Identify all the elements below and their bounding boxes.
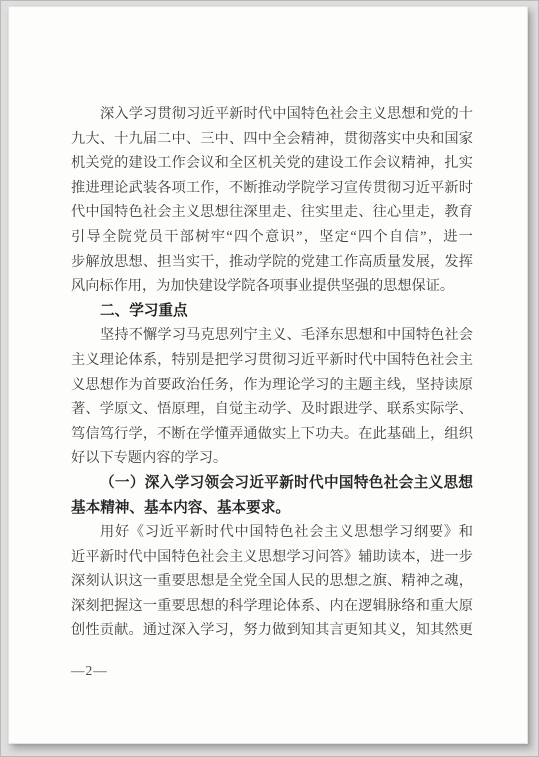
text-line: 义思想作为首要政治任务，作为理论学习的主题主线，坚持读原 [71, 373, 473, 398]
text-line: 近平新时代中国特色社会主义思想学习问答》辅助读本，进一步 [71, 545, 473, 570]
text-line: 笃信笃行学，不断在学懂弄通做实上下功夫。在此基础上，组织 [71, 422, 473, 447]
text-line: 引导全院党员干部树牢“四个意识”，坚定“四个自信”，进一 [71, 225, 473, 250]
text-line: 风向标作用，为加快建设学院各项事业提供坚强的思想保证。 [71, 274, 473, 299]
text-line: 深入学习贯彻习近平新时代中国特色社会主义思想和党的十 [71, 102, 473, 127]
text-line: 主义理论体系，特别是把学习贯彻习近平新时代中国特色社会主 [71, 348, 473, 373]
section-heading: 二、学习重点 [71, 299, 473, 324]
text-line: 推进理论武装各项工作，不断推动学院学习宣传贯彻习近平新时 [71, 176, 473, 201]
text-line: 深刻把握这一重要思想的科学理论体系、内在逻辑脉络和重大原 [71, 594, 473, 619]
page-number: —2— [71, 659, 108, 683]
text-line: 用好《习近平新时代中国特色社会主义思想学习纲要》和《习 [71, 520, 473, 545]
text-line: 步解放思想、担当实干，推动学院的党建工作高质量发展，发挥 [71, 250, 473, 275]
document-body: 深入学习贯彻习近平新时代中国特色社会主义思想和党的十 九大、十九届二中、三中、四… [71, 102, 473, 643]
subsection-heading: （一）深入学习领会习近平新时代中国特色社会主义思想的 [71, 471, 473, 496]
document-page: 深入学习贯彻习近平新时代中国特色社会主义思想和党的十 九大、十九届二中、三中、四… [8, 6, 528, 744]
text-line: 创性贡献。通过深入学习，努力做到知其言更知其义，知其然更 [71, 618, 473, 643]
text-line: 著、学原文、悟原理，自觉主动学、及时跟进学、联系实际学、 [71, 397, 473, 422]
subsection-heading: 基本精神、基本内容、基本要求。 [71, 496, 473, 521]
text-line: 代中国特色社会主义思想往深里走、往实里走、往心里走，教育 [71, 200, 473, 225]
text-line: 好以下专题内容的学习。 [71, 446, 473, 471]
text-line: 坚持不懈学习马克思列宁主义、毛泽东思想和中国特色社会 [71, 323, 473, 348]
scanned-document-view: 深入学习贯彻习近平新时代中国特色社会主义思想和党的十 九大、十九届二中、三中、四… [0, 0, 539, 757]
text-line: 深刻认识这一重要思想是全党全国人民的思想之旗、精神之魂， [71, 569, 473, 594]
text-line: 九大、十九届二中、三中、四中全会精神，贯彻落实中央和国家 [71, 127, 473, 152]
text-line: 机关党的建设工作会议和全区机关党的建设工作会议精神，扎实 [71, 151, 473, 176]
